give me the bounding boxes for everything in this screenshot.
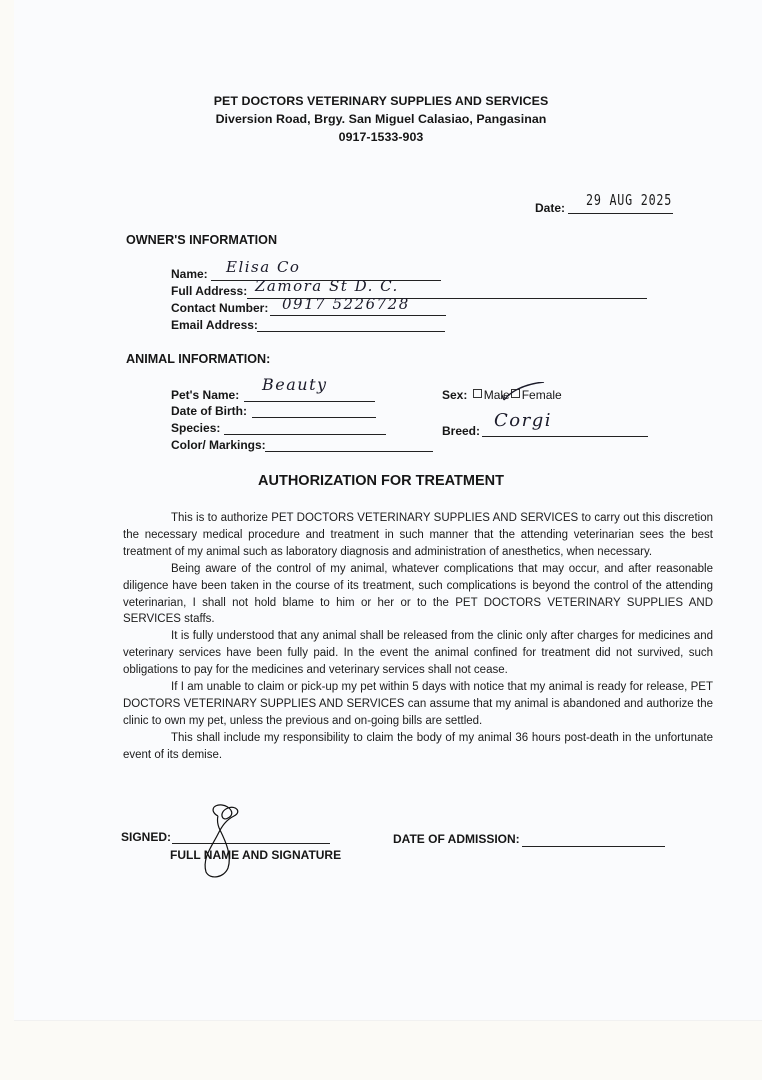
signed-label: SIGNED: <box>121 830 171 844</box>
breed-label: Breed: <box>442 424 480 438</box>
contact-number-field[interactable]: 0917 5226728 <box>282 295 410 313</box>
signature-mark-icon <box>196 802 256 882</box>
pet-name-field[interactable]: Beauty <box>262 375 328 394</box>
authorization-paragraph: This shall include my responsibility to … <box>123 730 713 764</box>
breed-line <box>482 436 648 437</box>
date-label: Date: <box>535 201 565 215</box>
date-of-admission-label: DATE OF ADMISSION: <box>393 832 520 846</box>
authorization-body: This is to authorize PET DOCTORS VETERIN… <box>123 510 713 764</box>
sex-label: Sex: <box>442 388 467 402</box>
company-phone: 0917-1533-903 <box>0 130 762 144</box>
authorization-paragraph: This is to authorize PET DOCTORS VETERIN… <box>123 510 713 561</box>
email-label: Email Address: <box>171 318 258 332</box>
authorization-paragraph: It is fully understood that any animal s… <box>123 628 713 679</box>
authorization-paragraph: Being aware of the control of my animal,… <box>123 561 713 629</box>
date-stamp[interactable]: 29 AUG 2025 <box>586 191 672 209</box>
authorization-paragraph: If I am unable to claim or pick-up my pe… <box>123 679 713 730</box>
dob-label: Date of Birth: <box>171 404 247 418</box>
species-field[interactable] <box>224 434 386 435</box>
owner-name-label: Name: <box>171 267 208 281</box>
date-of-admission-field[interactable] <box>522 846 665 847</box>
animal-section-title: ANIMAL INFORMATION: <box>126 352 270 366</box>
owner-section-title: OWNER'S INFORMATION <box>126 233 277 247</box>
pet-name-label: Pet's Name: <box>171 388 239 402</box>
male-checkbox[interactable] <box>473 389 482 398</box>
email-field[interactable] <box>257 331 445 332</box>
date-line <box>568 213 673 214</box>
female-check-mark-icon <box>500 382 550 404</box>
contact-number-label: Contact Number: <box>171 301 268 315</box>
owner-address-label: Full Address: <box>171 284 247 298</box>
owner-address-field[interactable]: Zamora St D. C. <box>255 277 399 295</box>
color-markings-label: Color/ Markings: <box>171 438 266 452</box>
breed-field[interactable]: Corgi <box>494 410 552 431</box>
pet-name-line <box>244 401 375 402</box>
contact-number-line <box>270 315 446 316</box>
owner-name-field[interactable]: Elisa Co <box>226 258 300 276</box>
company-address: Diversion Road, Brgy. San Miguel Calasia… <box>0 112 762 126</box>
company-name: PET DOCTORS VETERINARY SUPPLIES AND SERV… <box>0 94 762 108</box>
dob-field[interactable] <box>252 417 376 418</box>
color-markings-field[interactable] <box>265 451 433 452</box>
species-label: Species: <box>171 421 220 435</box>
authorization-title: AUTHORIZATION FOR TREATMENT <box>0 473 762 489</box>
